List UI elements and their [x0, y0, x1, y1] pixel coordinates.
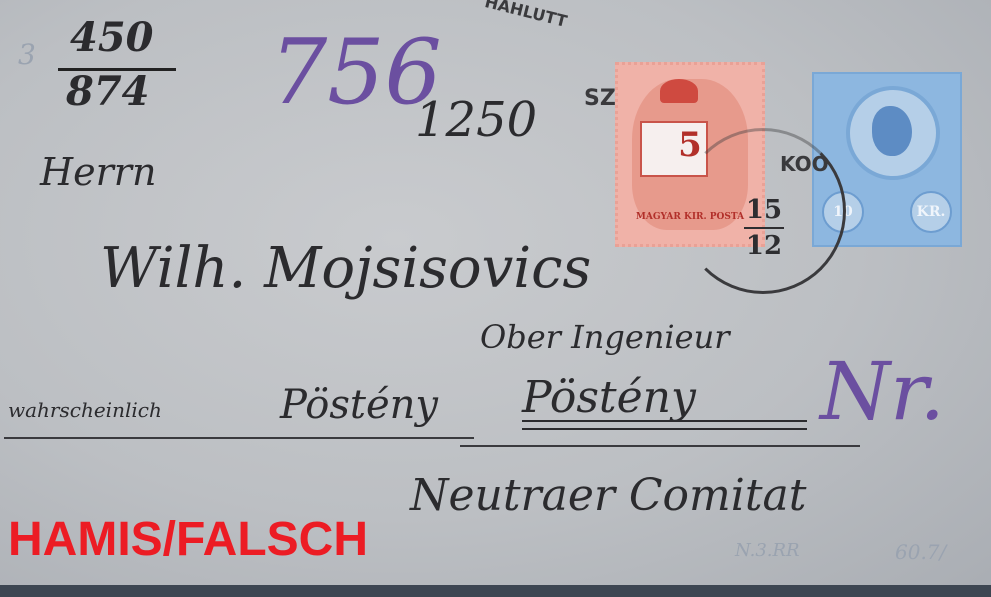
violet-mark: Nr. — [820, 345, 945, 438]
recipient-title: Ober Ingenieur — [480, 318, 729, 356]
forward-note-prefix: wahrscheinlich — [8, 398, 162, 422]
crown-icon — [660, 79, 698, 103]
pencil-bottom-left: N.3.RR — [735, 540, 800, 561]
postmark-arc-right: KOO — [780, 152, 829, 176]
postmark-arc-left: HAHLUTT — [483, 0, 569, 31]
struck-place: Pöstény — [522, 372, 696, 423]
stamp-value-right: KR. — [910, 191, 952, 233]
forward-note: Pöstény — [280, 382, 438, 428]
strike-line-2 — [522, 428, 807, 430]
postmark-date: 15 12 — [744, 195, 784, 261]
pencil-bottom-right: 60.7/ — [895, 540, 946, 564]
address-underline — [460, 445, 860, 447]
fake-watermark: HAMIS/FALSCH — [8, 512, 368, 567]
number-1250: 1250 — [415, 92, 537, 148]
portrait-head-icon — [872, 106, 912, 156]
portrait-medallion — [846, 86, 940, 180]
envelope-bottom-edge — [0, 585, 991, 597]
recipient-name: Wilh. Mojsisovics — [100, 236, 591, 301]
postmark-arc-sz: SZ — [584, 86, 616, 111]
strike-line-1 — [522, 420, 807, 422]
forward-underline — [4, 437, 474, 439]
postmark-month: 12 — [746, 231, 782, 261]
fraction-bottom: 874 — [66, 68, 150, 115]
salutation: Herrn — [40, 150, 156, 194]
fraction-top: 450 — [70, 14, 154, 61]
postmark-day: 15 — [746, 195, 782, 225]
county: Neutraer Comitat — [410, 470, 806, 521]
pencil-mark: 3 — [18, 38, 36, 71]
envelope-photo: 3 450 874 756 1250 HAHLUTT SZ Herrn Wilh… — [0, 0, 991, 597]
